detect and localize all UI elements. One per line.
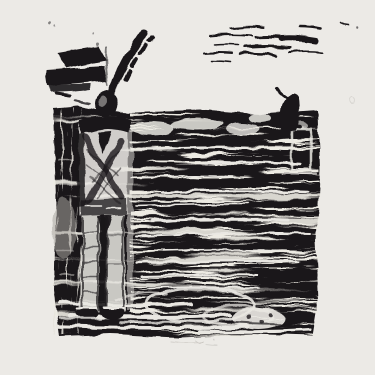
- shadow-blob: [52, 198, 76, 258]
- artwork-photo: [0, 0, 375, 375]
- woodcut-print: [0, 0, 375, 375]
- figure-head: [95, 90, 117, 116]
- waist-band: [81, 198, 126, 216]
